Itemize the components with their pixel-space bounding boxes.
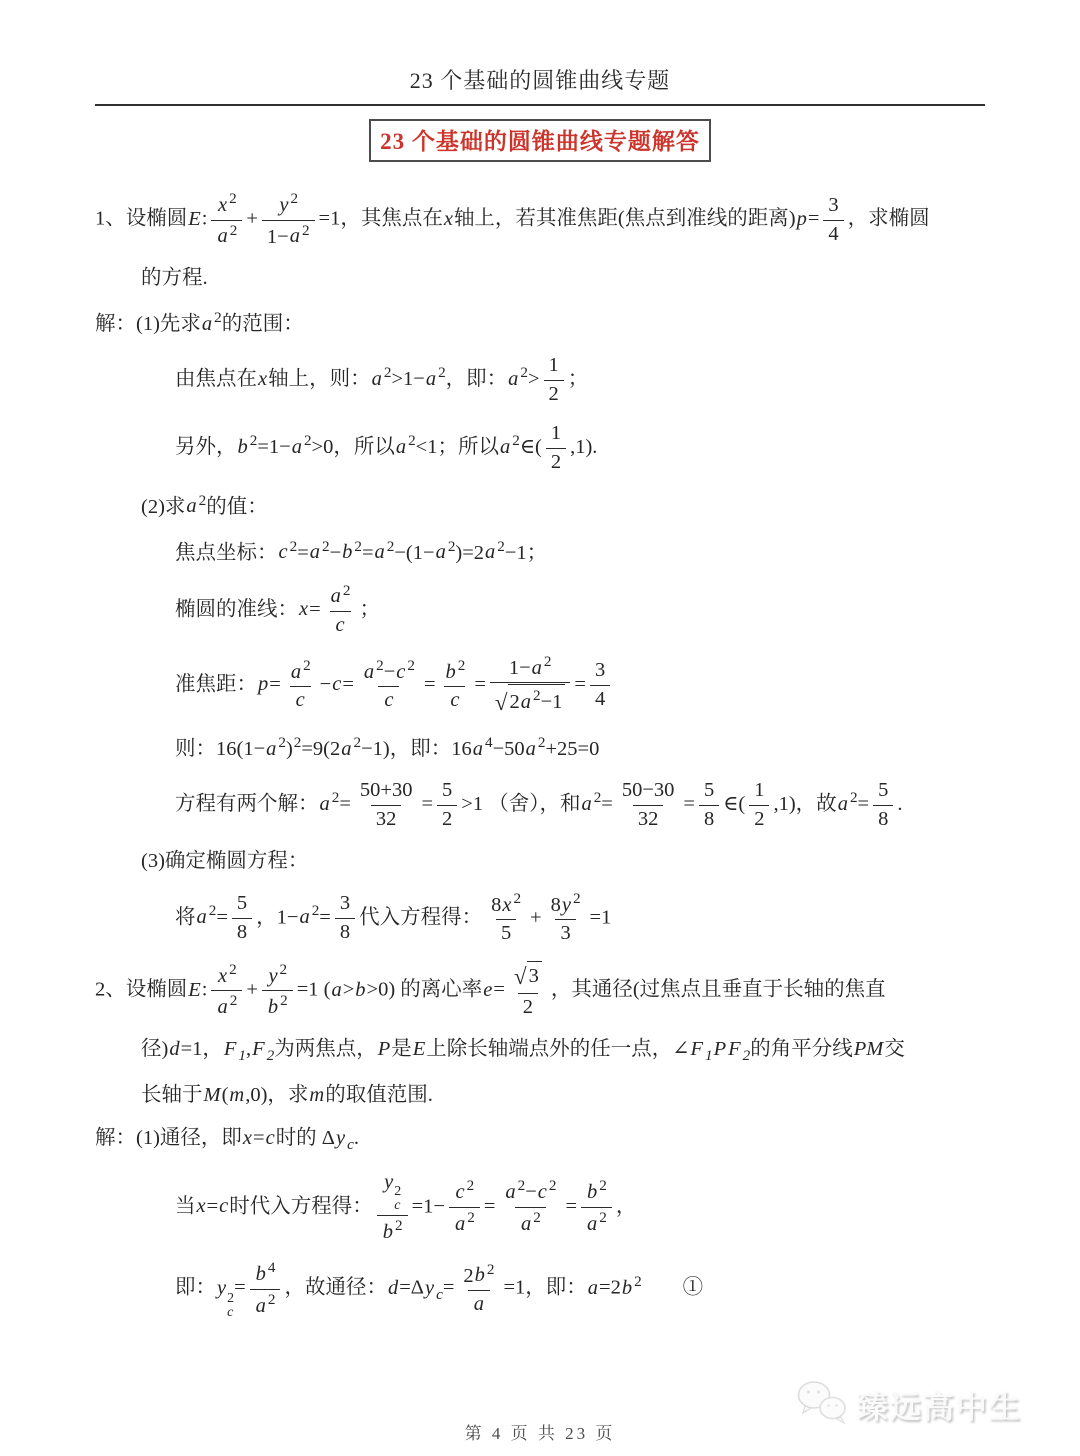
sup-base: a	[340, 738, 352, 760]
fraction-numerator: x2	[212, 961, 242, 991]
sup-base: a	[319, 793, 331, 815]
fraction-numerator: 5	[232, 891, 252, 918]
fraction-denominator: 32	[633, 805, 664, 833]
page-footer: 第 4 页 共 23 页	[0, 1419, 1080, 1444]
sub-base: F	[251, 1038, 266, 1060]
text-run: −50	[493, 738, 525, 760]
text-run: ,1).	[570, 436, 597, 458]
math-supsub: y2c	[216, 1277, 234, 1299]
math-variable: c	[218, 1195, 229, 1217]
sup-exponent: 2	[213, 309, 222, 326]
math-superscript: a2	[196, 906, 217, 928]
fraction-denominator: a	[468, 1290, 490, 1318]
text-run: 1	[549, 354, 559, 376]
sup-base: a	[371, 368, 383, 390]
fraction: 12	[546, 421, 566, 475]
text-run: =	[253, 1127, 265, 1149]
text-run: =9(2	[301, 738, 340, 760]
text-run: :	[202, 208, 208, 230]
sup-exponent: 2	[289, 538, 298, 555]
text-run: =	[216, 906, 228, 928]
fraction: b2c	[440, 657, 471, 714]
text-run: 2	[754, 808, 764, 830]
text-run: 5	[442, 779, 452, 801]
sup-exponent: 2	[394, 1217, 403, 1234]
sup-base: c	[455, 1181, 466, 1203]
sup-base: a	[531, 657, 543, 679]
math-variable: a	[330, 979, 342, 1001]
sup-exponent: 2	[532, 1209, 541, 1226]
fraction: 58	[232, 891, 252, 945]
document-header: 23 个基础的圆锥曲线专题 23 个基础的圆锥曲线专题解答	[0, 0, 1080, 162]
math-superscript: b2	[341, 541, 362, 563]
text-run: ，即：	[446, 368, 508, 390]
sup-base: b	[445, 661, 457, 683]
sup-base: a	[425, 368, 437, 390]
math-superscript: a2	[265, 738, 286, 760]
math-subscript: F1	[223, 1038, 246, 1060]
sup-base: y	[278, 194, 289, 216]
fraction-numerator: 50−30	[617, 778, 680, 805]
math-variable: x	[298, 598, 309, 620]
math-variable: E	[187, 979, 202, 1001]
text-run: .	[354, 1127, 359, 1149]
math-superscript: a2	[435, 541, 456, 563]
text-line: 即：y2c=b4a2，故通径：d=Δyc=2b2a=1，即：a=2b2 ①	[175, 1259, 988, 1320]
sub-base: y	[335, 1127, 346, 1149]
fraction-denominator: c	[330, 611, 351, 639]
math-variable: a	[473, 1293, 485, 1315]
sup-base: a	[435, 541, 447, 563]
text-run: −1；	[505, 541, 547, 563]
sup-exponent: 2	[303, 432, 312, 449]
math-superscript: b2	[445, 661, 466, 683]
sup-base: a	[363, 661, 375, 683]
text-run: 长轴于	[141, 1084, 203, 1106]
sup-base: c	[395, 661, 406, 683]
sup-base: x	[217, 965, 228, 987]
math-superscript: a2	[586, 1213, 607, 1235]
sup-base: a	[504, 1181, 516, 1203]
fraction: y2cb2	[377, 1170, 408, 1246]
text-run: ①	[642, 1277, 704, 1299]
fraction-denominator: 2	[437, 805, 457, 833]
text-line: 解：(1)先求a2的范围：	[95, 307, 988, 339]
fraction-numerator: a2−c2	[499, 1177, 561, 1207]
text-run: )=2	[455, 541, 484, 563]
text-run: 由焦点在	[175, 368, 257, 390]
text-run: +	[246, 208, 258, 230]
text-run: =	[424, 673, 436, 695]
sup-base: a	[216, 225, 228, 247]
math-superscript: y2	[561, 894, 581, 916]
math-variable: E	[412, 1038, 427, 1060]
fraction-numerator: 5	[437, 778, 457, 805]
math-superscript: a2	[330, 585, 351, 607]
sup-exponent: 2	[277, 734, 286, 751]
text-run: 2	[549, 383, 559, 405]
text-run: =	[362, 541, 374, 563]
fraction-denominator: 8	[232, 918, 252, 946]
math-superscript: a2	[255, 1295, 276, 1317]
sup-base: a	[837, 793, 849, 815]
text-run: =	[601, 793, 613, 815]
fraction: b4a2	[250, 1259, 281, 1319]
fraction-numerator: 2b2	[458, 1261, 499, 1291]
text-run: 的取值范围.	[325, 1084, 433, 1106]
sub-index: c	[435, 1286, 443, 1303]
supsub-column: 2c	[394, 1185, 401, 1213]
fraction: 34	[823, 193, 843, 247]
sup-base: c	[537, 1181, 548, 1203]
sup-base: a	[525, 738, 537, 760]
text-run: 3	[828, 194, 838, 216]
sup-exponent: 2	[406, 657, 415, 674]
fraction-numerator: b2	[440, 657, 471, 687]
math-superscript: a2	[291, 436, 312, 458]
text-run: >1−	[391, 368, 424, 390]
text-run: 2	[551, 451, 561, 473]
fraction-numerator: 3	[335, 891, 355, 918]
math-superscript: c2	[278, 541, 298, 563]
sup-exponent: 2	[572, 890, 581, 907]
text-run: =1−	[257, 436, 290, 458]
sup-exponent: 2	[353, 734, 362, 751]
sup-base: a	[330, 585, 342, 607]
text-line: 解：(1)通径，即x=c时的 Δyc.	[95, 1124, 988, 1156]
fraction-numerator: 1	[544, 353, 564, 380]
math-superscript: a4	[472, 738, 493, 760]
math-superscript: a2	[507, 368, 528, 390]
text-run: =	[858, 793, 870, 815]
sup-base: a	[265, 738, 277, 760]
sub-index: 2	[742, 1047, 751, 1064]
text-run: 8	[704, 808, 714, 830]
fraction: 50−3032	[617, 778, 680, 832]
sup-exponent: 2	[486, 1261, 495, 1278]
sup-base: a	[201, 313, 213, 335]
text-run: 则：16(1−	[175, 738, 265, 760]
text-run: =Δ	[399, 1277, 424, 1299]
sup-base: a	[395, 436, 407, 458]
sup-base: b	[267, 996, 279, 1018]
text-run: 3	[560, 922, 570, 944]
text-line: 将a2=58，1−a2=38代入方程得：8x25+8y23=1	[175, 890, 988, 947]
sup-base: a	[291, 436, 303, 458]
math-variable: c	[449, 689, 460, 711]
sub-index: c	[346, 1136, 354, 1153]
sup-exponent: 2	[543, 653, 552, 670]
math-superscript: a2	[484, 541, 505, 563]
sup-base: a	[309, 541, 321, 563]
text-run: −(1−	[394, 541, 434, 563]
text-run: 方程有两个解：	[175, 793, 319, 815]
text-line: 1、设椭圆E:x2a2+y21−a2=1，其焦点在x轴上，若其准焦距(焦点到准线…	[95, 190, 988, 250]
math-variable: x	[257, 368, 268, 390]
math-superscript: y2	[267, 965, 287, 987]
boxed-title-row: 23 个基础的圆锥曲线专题解答	[0, 119, 1080, 162]
math-superscript: a2	[520, 1213, 541, 1235]
text-run: −1	[541, 691, 563, 713]
sup-exponent: 2	[593, 789, 602, 806]
text-run: 准焦距：	[175, 673, 257, 695]
sup-exponent: 2	[394, 1185, 401, 1199]
text-run: =	[474, 673, 486, 695]
supsub-base: y	[383, 1171, 394, 1193]
text-run: =	[565, 1195, 577, 1217]
fraction: y2b2	[262, 961, 293, 1021]
sub-index: c	[394, 1199, 401, 1213]
text-line: (3)确定椭圆方程：	[141, 847, 988, 876]
text-run: 8	[551, 894, 561, 916]
sup-base: b	[382, 1221, 394, 1243]
fraction: a2−c2c	[358, 657, 420, 714]
fraction: 38	[335, 891, 355, 945]
math-superscript: b2	[267, 996, 288, 1018]
text-run: =	[339, 793, 351, 815]
fraction: 12	[544, 353, 564, 407]
sup-exponent: 2	[267, 1291, 276, 1308]
text-run: ，其通径(过焦点且垂直于长轴的焦直	[551, 979, 886, 1001]
sup-base: y	[561, 894, 572, 916]
text-run: 50+30	[360, 779, 413, 801]
text-run: 轴上，则：	[268, 368, 371, 390]
math-superscript: b2	[382, 1221, 403, 1243]
sup-exponent: 2	[598, 1209, 607, 1226]
math-superscript: a2	[525, 738, 546, 760]
fraction-numerator: 1	[749, 778, 769, 805]
text-run: >	[343, 979, 355, 1001]
text-run: >1 （舍），和	[461, 793, 580, 815]
sup-exponent: 2	[598, 1177, 607, 1194]
sup-base: x	[501, 894, 512, 916]
text-run: 椭圆的准线：	[175, 598, 298, 620]
text-line: 当x=c时代入方程得：y2cb2=1−c2a2=a2−c2a2=b2a2，	[175, 1170, 988, 1246]
fraction-numerator: a2	[285, 657, 316, 687]
sub-index: 1	[704, 1047, 713, 1064]
sup-base: a	[290, 661, 302, 683]
text-run: 5	[237, 892, 247, 914]
sup-exponent: 2	[407, 432, 416, 449]
sup-base: a	[499, 436, 511, 458]
text-run: =	[319, 906, 331, 928]
text-run: =1，即：	[503, 1277, 586, 1299]
text-run: 3	[529, 965, 539, 987]
text-run: 即：	[175, 1277, 216, 1299]
fraction-numerator: b2	[581, 1177, 612, 1207]
fraction-denominator: √2a2−1	[490, 682, 571, 718]
text-run: 1−	[267, 225, 289, 247]
math-superscript: b4	[255, 1263, 276, 1285]
text-run: =	[493, 979, 505, 1001]
text-run: 4	[595, 688, 605, 710]
math-subscript: F1	[689, 1038, 712, 1060]
fraction: 8x25	[486, 890, 526, 947]
math-superscript: b2	[621, 1277, 642, 1299]
sup-base: a	[454, 1213, 466, 1235]
text-run: =1−	[412, 1195, 445, 1217]
text-run: =	[234, 1277, 246, 1299]
fraction-denominator: 3	[555, 919, 575, 947]
math-superscript: b2	[586, 1181, 607, 1203]
math-superscript: a2	[371, 368, 392, 390]
text-run: =	[342, 673, 354, 695]
math-variable: c	[295, 689, 306, 711]
fraction-numerator: y2	[262, 961, 292, 991]
text-line: 方程有两个解：a2=50+3032=52>1 （舍），和a2=50−3032=5…	[175, 778, 988, 832]
fraction-denominator: 8	[335, 918, 355, 946]
header-divider	[95, 104, 985, 106]
text-line: 的方程.	[141, 264, 988, 293]
fraction: 58	[873, 778, 893, 832]
text-run: ；	[568, 368, 589, 390]
document-page: 23 个基础的圆锥曲线专题 23 个基础的圆锥曲线专题解答 1、设椭圆E:x2a…	[0, 0, 1080, 1456]
text-run: 解：(1)通径，即	[95, 1127, 242, 1149]
sup-exponent: 2	[353, 538, 362, 555]
text-run: =	[683, 793, 695, 815]
sup-exponent: 2	[302, 657, 311, 674]
text-run: 焦点坐标：	[175, 541, 278, 563]
text-run: 的值：	[206, 495, 268, 517]
fraction-denominator: 2	[518, 993, 538, 1021]
fraction-denominator: a2	[211, 990, 242, 1021]
text-line: 则：16(1−a2)2=9(2a2−1)，即：16a4−50a2+25=0	[175, 732, 988, 764]
math-variable: m	[228, 1084, 245, 1106]
text-run: >0，所以	[312, 436, 395, 458]
fraction: x2a2	[211, 961, 242, 1021]
fraction: √32	[509, 961, 547, 1021]
text-line: 2、设椭圆E:x2a2+y2b2=1 (a>b>0) 的离心率e=√32，其通径…	[95, 961, 988, 1021]
text-run: +25=0	[545, 738, 599, 760]
math-superscript: c2	[395, 661, 415, 683]
sup-base: b	[474, 1264, 486, 1286]
text-run: 的范围：	[222, 313, 304, 335]
fraction-numerator: 5	[699, 778, 719, 805]
math-supsub: y2c	[383, 1171, 401, 1193]
math-variable: c	[265, 1127, 276, 1149]
text-run: =	[309, 598, 321, 620]
text-line: 椭圆的准线：x=a2c；	[175, 582, 988, 639]
math-superscript: a2	[425, 368, 446, 390]
sup-exponent: 2	[289, 190, 298, 207]
fraction: a2−c2a2	[499, 1177, 561, 1237]
fraction-denominator: 8	[699, 805, 719, 833]
text-run: >0) 的离心率	[367, 979, 483, 1001]
text-run: 是	[391, 1038, 412, 1060]
sub-base: F	[223, 1038, 238, 1060]
text-run: =	[269, 673, 281, 695]
math-superscript: a2	[340, 738, 361, 760]
math-superscript: b2	[474, 1264, 495, 1286]
text-run: 50−30	[622, 779, 675, 801]
text-run: =	[207, 1195, 219, 1217]
sup-base: a	[507, 368, 519, 390]
text-run: 2	[442, 808, 452, 830]
text-run: =	[297, 541, 309, 563]
text-run: 3	[595, 659, 605, 681]
text-run: 为两焦点，	[274, 1038, 377, 1060]
fraction: 58	[699, 778, 719, 832]
fraction-denominator: c	[444, 686, 465, 714]
fraction: y21−a2	[262, 190, 315, 250]
text-run: −	[525, 1181, 537, 1203]
text-run: 8	[878, 808, 888, 830]
text-run: 2	[523, 996, 533, 1018]
sup-exponent: 2	[849, 789, 858, 806]
sup-base: a	[472, 738, 484, 760]
math-variable: P	[377, 1038, 392, 1060]
fraction-numerator: a2−c2	[358, 657, 420, 687]
sup-exponent: 2	[301, 222, 310, 239]
sup-exponent: 2	[457, 657, 466, 674]
fraction-denominator: a2	[211, 220, 242, 251]
text-run: 2	[463, 1264, 473, 1286]
fraction: 2b2a	[458, 1261, 499, 1318]
fraction-denominator: 32	[371, 805, 402, 833]
math-superscript: a2	[290, 661, 311, 683]
fraction-denominator: c	[378, 686, 399, 714]
text-run: =	[574, 673, 586, 695]
sub-base: y	[424, 1277, 435, 1299]
text-run: .	[897, 793, 902, 815]
math-superscript: a2	[216, 996, 237, 1018]
sup-exponent: 2	[466, 1209, 475, 1226]
math-superscript: a2	[374, 541, 395, 563]
text-run: 5	[704, 779, 714, 801]
text-run: 8	[340, 921, 350, 943]
text-run: ，	[616, 1195, 637, 1217]
fraction-numerator: 8x2	[486, 890, 526, 920]
fraction: b2a2	[581, 1177, 612, 1237]
sup-exponent: 4	[267, 1259, 276, 1276]
sup-base: b	[341, 541, 353, 563]
sup-exponent: 4	[484, 734, 493, 751]
fraction-denominator: 2	[546, 448, 566, 476]
sup-exponent: 2	[532, 687, 541, 704]
fraction-numerator: √3	[509, 961, 547, 993]
fraction-numerator: 1−a2	[504, 653, 557, 683]
sup-exponent: 2	[548, 1177, 557, 1194]
fraction: 34	[590, 658, 610, 712]
sup-exponent: 2	[198, 492, 207, 509]
math-variable: x	[443, 208, 454, 230]
text-run: 5	[501, 922, 511, 944]
text-run: 1、设椭圆	[95, 208, 187, 230]
fraction-numerator: y2c	[378, 1170, 406, 1215]
fraction-denominator: 5	[496, 919, 516, 947]
text-run: 当	[175, 1195, 196, 1217]
text-run: =2	[599, 1277, 621, 1299]
fraction-denominator: 4	[590, 685, 610, 713]
math-superscript: a2	[454, 1213, 475, 1235]
sup-exponent: 2	[511, 432, 520, 449]
square-root: √3	[514, 961, 542, 990]
math-variable: x	[196, 1195, 207, 1217]
fraction-denominator: b2	[262, 990, 293, 1021]
text-run: 4	[828, 223, 838, 245]
fraction-denominator: 4	[823, 220, 843, 248]
sup-base: )	[286, 738, 293, 760]
sub-index: 2	[266, 1047, 275, 1064]
math-variable: d	[387, 1277, 399, 1299]
text-run: >	[528, 368, 540, 390]
sup-exponent: 2	[512, 890, 521, 907]
radical-sign: √	[495, 692, 508, 715]
sup-exponent: 2	[517, 1177, 526, 1194]
fraction-denominator: 8	[873, 805, 893, 833]
math-superscript: a2	[499, 436, 520, 458]
text-run: −	[330, 541, 342, 563]
